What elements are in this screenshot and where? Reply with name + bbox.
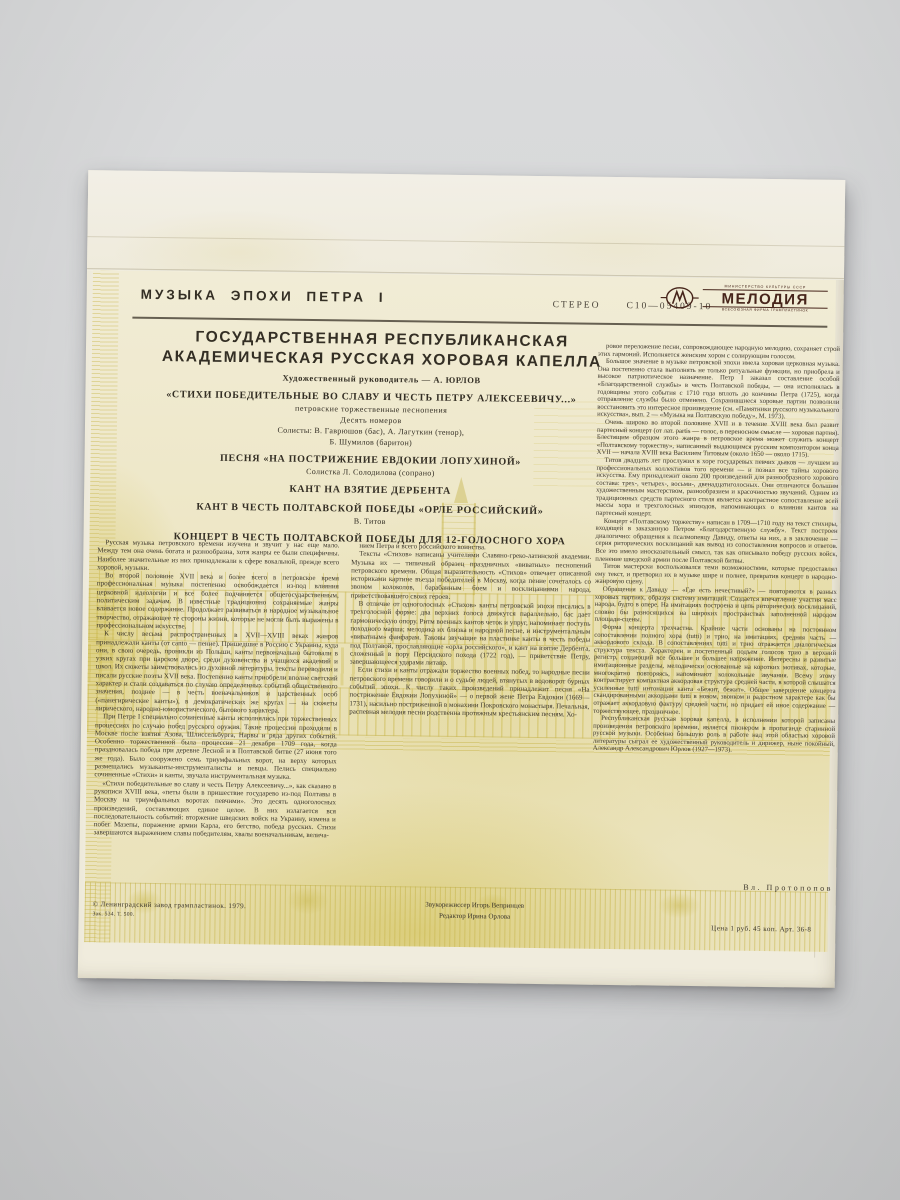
notes-paragraph: «Стихи победительные во славу и честь Пе… [94, 779, 337, 840]
melodiya-emblem-icon [660, 285, 700, 312]
price-line: Цена 1 руб. 45 коп. Арт. 36-8 [711, 924, 811, 933]
copyright-line: © Ленинградский завод грампластинок. 197… [93, 900, 247, 910]
record-sleeve: МУЗЫКА ЭПОХИ ПЕТРА I СТЕРЕОС10—05409-10 … [78, 170, 846, 988]
notes-paragraph: Обращения к Давиду — «Где есть нечестивы… [594, 586, 836, 627]
program-line: КАНТ НА ВЗЯТИЕ ДЕРБЕНТА [110, 481, 630, 499]
notes-paragraph: Если стихи и канты отражали торжество во… [349, 666, 590, 719]
notes-paragraph: Концерт «Полтавскому торжеству» написан … [595, 517, 838, 566]
album-title: МУЗЫКА ЭПОХИ ПЕТРА I [141, 287, 386, 305]
melodiya-wordmark: МЕЛОДИЯ [703, 290, 828, 308]
notes-paragraph: Тексты «Стихов» написаны учителями Славя… [351, 550, 592, 603]
notes-column-left: Русская музыка петровского времени изуче… [94, 538, 340, 840]
header-rule [132, 317, 827, 328]
notes-paragraph: Очень широко во второй половине XVII и в… [597, 419, 839, 460]
program-list: «СТИХИ ПОБЕДИТЕЛЬНЫЕ ВО СЛАВУ И ЧЕСТЬ ПЕ… [109, 388, 631, 548]
notes-paragraph: При Петре I специально сочиненные канты … [94, 712, 337, 782]
notes-paragraph: К числу весьма распространенных в XVII—X… [95, 629, 338, 715]
notes-paragraph: Республиканская русская хоровая капелла,… [593, 715, 835, 756]
notes-paragraph: Большое значение в музыке петровской эпо… [597, 358, 840, 422]
melodiya-logo: МИНИСТЕРСТВО КУЛЬТУРЫ СССР МЕЛОДИЯ ВСЕСО… [659, 280, 827, 318]
notes-paragraph: Во второй половине XVII века и более все… [96, 571, 339, 632]
author-credit: Вл. Протопопов [591, 881, 833, 893]
print-run-line: Зак. 534. Т. 500. [93, 911, 135, 918]
notes-paragraph: Русская музыка петровского времени изуче… [97, 538, 339, 574]
printed-back-cover: МУЗЫКА ЭПОХИ ПЕТРА I СТЕРЕОС10—05409-10 … [84, 270, 836, 952]
notes-paragraph: В отличие от одноголосных «Стихов» канты… [350, 600, 591, 670]
stereo-label: СТЕРЕО [553, 300, 601, 311]
notes-paragraph: Титов мастерски воспользовался теми возм… [595, 563, 837, 589]
ensemble-title-block: ГОСУДАРСТВЕННАЯ РЕСПУБЛИКАНСКАЯ АКАДЕМИЧ… [122, 327, 643, 388]
editor-credit: Редактор Ирина Орлова [355, 911, 595, 922]
notes-column-right: ровое переложение песни, сопровождающее … [591, 343, 840, 880]
sleeve-flap [87, 170, 845, 280]
sound-engineer-credit: Звукорежиссер Игорь Вепринцев [355, 900, 595, 911]
director-credit: Художественный руководитель — А. ЮРЛОВ [122, 371, 642, 388]
notes-paragraph: Титов двадцать лет прослужил в хоре госу… [596, 457, 839, 521]
notes-column-middle: нием Петра и всего российского воинства.… [349, 542, 591, 719]
notes-paragraph: Форма концерта трехчастна. Крайние части… [593, 624, 836, 718]
firm-text: ВСЕСОЮЗНАЯ ФИРМА ГРАМПЛАСТИНОК [703, 306, 828, 313]
